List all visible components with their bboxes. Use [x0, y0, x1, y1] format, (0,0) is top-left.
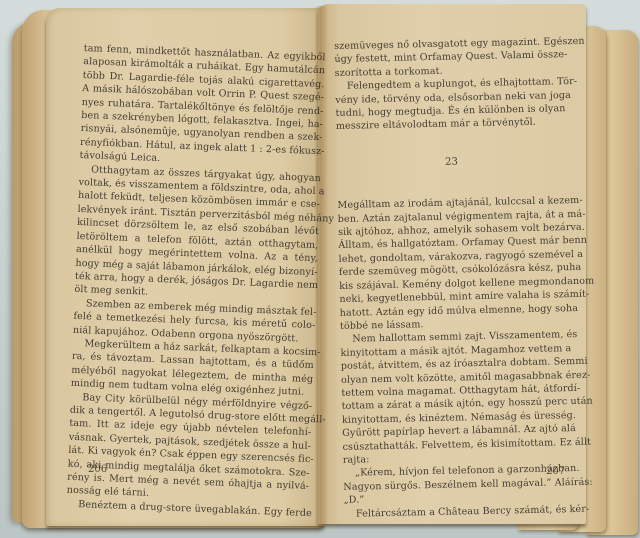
right-page-text: szemüveges nő olvasgatott egy magazint. … — [334, 35, 574, 521]
right-page-text-before-chapter: szemüveges nő olvasgatott egy magazint. … — [334, 35, 566, 134]
right-page-number: 207 — [546, 466, 565, 477]
left-page-text: tam fenn, mindkettőt használatban. Az eg… — [66, 42, 326, 520]
right-page-text-chapter-body: Megálltam az irodám ajtajánál, kulccsal … — [337, 194, 574, 520]
chapter-number: 23 — [336, 153, 566, 171]
left-page-number: 206 — [88, 464, 107, 475]
book-photo-scene: tam fenn, mindkettőt használatban. Az eg… — [0, 0, 640, 538]
